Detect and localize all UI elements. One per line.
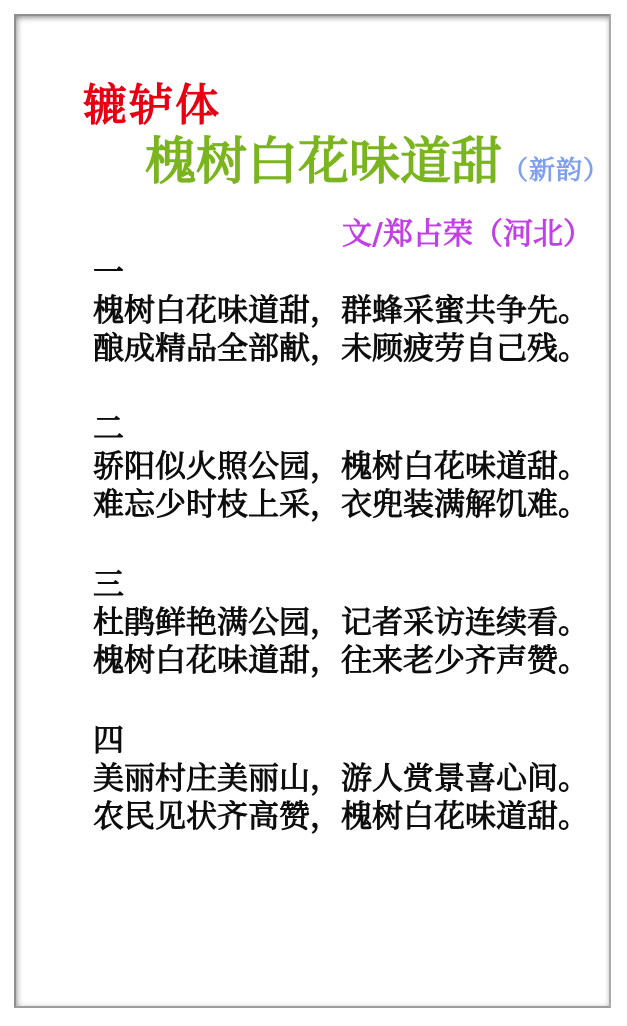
byline: 文/郑占荣（河北） xyxy=(83,216,593,254)
poem-line: 槐树白花味道甜，群蜂采蜜共争先。 xyxy=(93,292,603,330)
poem-title: 槐树白花味道甜 xyxy=(145,134,502,192)
poem-page-content: 辘轳体 槐树白花味道甜 （新韵） 文/郑占荣（河北） 一 槐树白花味道甜，群蜂采… xyxy=(16,16,609,836)
stanza-4: 四 美丽村庄美丽山，游人赏景喜心间。 农民见状齐高赞，槐树白花味道甜。 xyxy=(93,722,603,836)
stanza-1: 一 槐树白花味道甜，群蜂采蜜共争先。 酿成精品全部献，未顾疲劳自己残。 xyxy=(93,254,603,368)
stanza-3: 三 杜鹃鲜艳满公园，记者采访连续看。 槐树白花味道甜，往来老少齐声赞。 xyxy=(93,566,603,680)
poem-line: 槐树白花味道甜，往来老少齐声赞。 xyxy=(93,642,603,680)
poem-line: 骄阳似火照公园，槐树白花味道甜。 xyxy=(93,448,603,486)
stanza-number: 三 xyxy=(93,566,603,604)
title-row: 槐树白花味道甜 （新韵） xyxy=(145,134,603,200)
stanza-number: 一 xyxy=(93,254,603,292)
poem-line: 难忘少时枝上采，衣兜装满解饥难。 xyxy=(93,486,603,524)
series-label: 辘轳体 xyxy=(83,84,603,128)
poem-line: 美丽村庄美丽山，游人赏景喜心间。 xyxy=(93,760,603,798)
stanza-list: 一 槐树白花味道甜，群蜂采蜜共争先。 酿成精品全部献，未顾疲劳自己残。 二 骄阳… xyxy=(83,254,603,836)
stanza-2: 二 骄阳似火照公园，槐树白花味道甜。 难忘少时枝上采，衣兜装满解饥难。 xyxy=(93,410,603,524)
poem-line: 农民见状齐高赞，槐树白花味道甜。 xyxy=(93,798,603,836)
poem-line: 酿成精品全部献，未顾疲劳自己残。 xyxy=(93,330,603,368)
poem-line: 杜鹃鲜艳满公园，记者采访连续看。 xyxy=(93,604,603,642)
stanza-number: 四 xyxy=(93,722,603,760)
poem-page-frame: 辘轳体 槐树白花味道甜 （新韵） 文/郑占荣（河北） 一 槐树白花味道甜，群蜂采… xyxy=(14,14,611,1008)
stanza-number: 二 xyxy=(93,410,603,448)
title-rhyme-annotation: （新韵） xyxy=(502,142,610,200)
